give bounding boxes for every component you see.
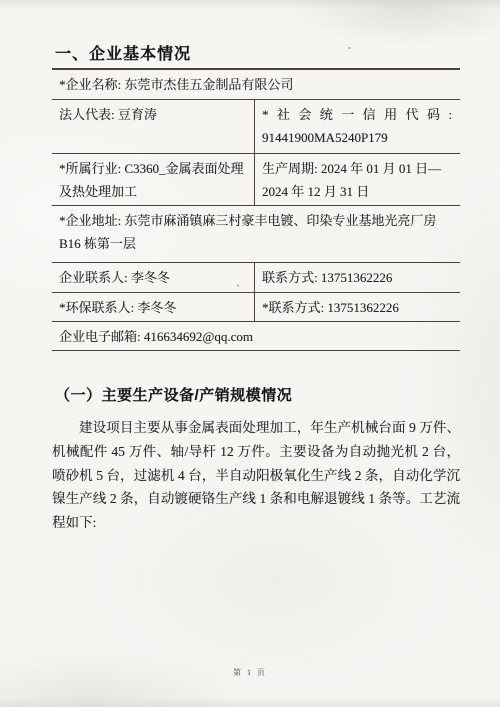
scan-speck [237,284,239,287]
document-content: 一、企业基本情况 *企业名称: 东莞市杰佳五金制品有限公司 法人代表: 豆育涛 … [52,46,460,535]
address-cell: *企业地址: 东莞市麻涌镇麻三村豪丰电镀、印染专业基地光亮厂房 B16 栋第一层 [52,206,460,262]
table-row: 法人代表: 豆育涛 *社会统一信用代码: 91441900MA5240P179 [52,100,460,154]
table-row: *企业名称: 东莞市杰佳五金制品有限公司 [52,70,460,100]
section-heading-basic-info: 一、企业基本情况 [55,46,460,64]
credit-code-label: *社会统一信用代码: [262,103,452,126]
credit-code-cell: *社会统一信用代码: 91441900MA5240P179 [255,100,460,153]
credit-code-value: 91441900MA5240P179 [262,126,452,149]
company-contact-cell: 企业联系人: 李冬冬 [52,263,255,292]
table-row: 企业联系人: 李冬冬 联系方式: 13751362226 [52,263,460,293]
table-row: *所属行业: C3360_金属表面处理及热处理加工 生产周期: 2024 年 0… [52,154,460,206]
env-contact-cell: *环保联系人: 李冬冬 [52,293,255,321]
table-row: *环保联系人: 李冬冬 *联系方式: 13751362226 [52,293,460,322]
page-number: 第 1 页 [0,667,500,678]
contact-phone-cell: 联系方式: 13751362226 [255,263,460,292]
scan-speck [348,47,351,49]
document-page: 一、企业基本情况 *企业名称: 东莞市杰佳五金制品有限公司 法人代表: 豆育涛 … [0,0,500,707]
production-intro-paragraph: 建设项目主要从事金属表面处理加工，年生产机械台面 9 万件、机械配件 45 万件… [52,416,460,535]
table-row: 企业电子邮箱: 416634692@qq.com [52,322,460,351]
email-cell: 企业电子邮箱: 416634692@qq.com [52,322,460,350]
company-info-table: *企业名称: 东莞市杰佳五金制品有限公司 法人代表: 豆育涛 *社会统一信用代码… [52,68,460,351]
company-name-cell: *企业名称: 东莞市杰佳五金制品有限公司 [52,70,460,99]
table-row: *企业地址: 东莞市麻涌镇麻三村豪丰电镀、印染专业基地光亮厂房 B16 栋第一层 [52,206,460,263]
section-heading-production: （一）主要生产设备/产销规模情况 [55,386,460,405]
env-phone-cell: *联系方式: 13751362226 [255,293,460,321]
production-period-cell: 生产周期: 2024 年 01 月 01 日—2024 年 12 月 31 日 [255,154,460,205]
industry-cell: *所属行业: C3360_金属表面处理及热处理加工 [52,154,255,205]
legal-representative-cell: 法人代表: 豆育涛 [52,100,255,153]
